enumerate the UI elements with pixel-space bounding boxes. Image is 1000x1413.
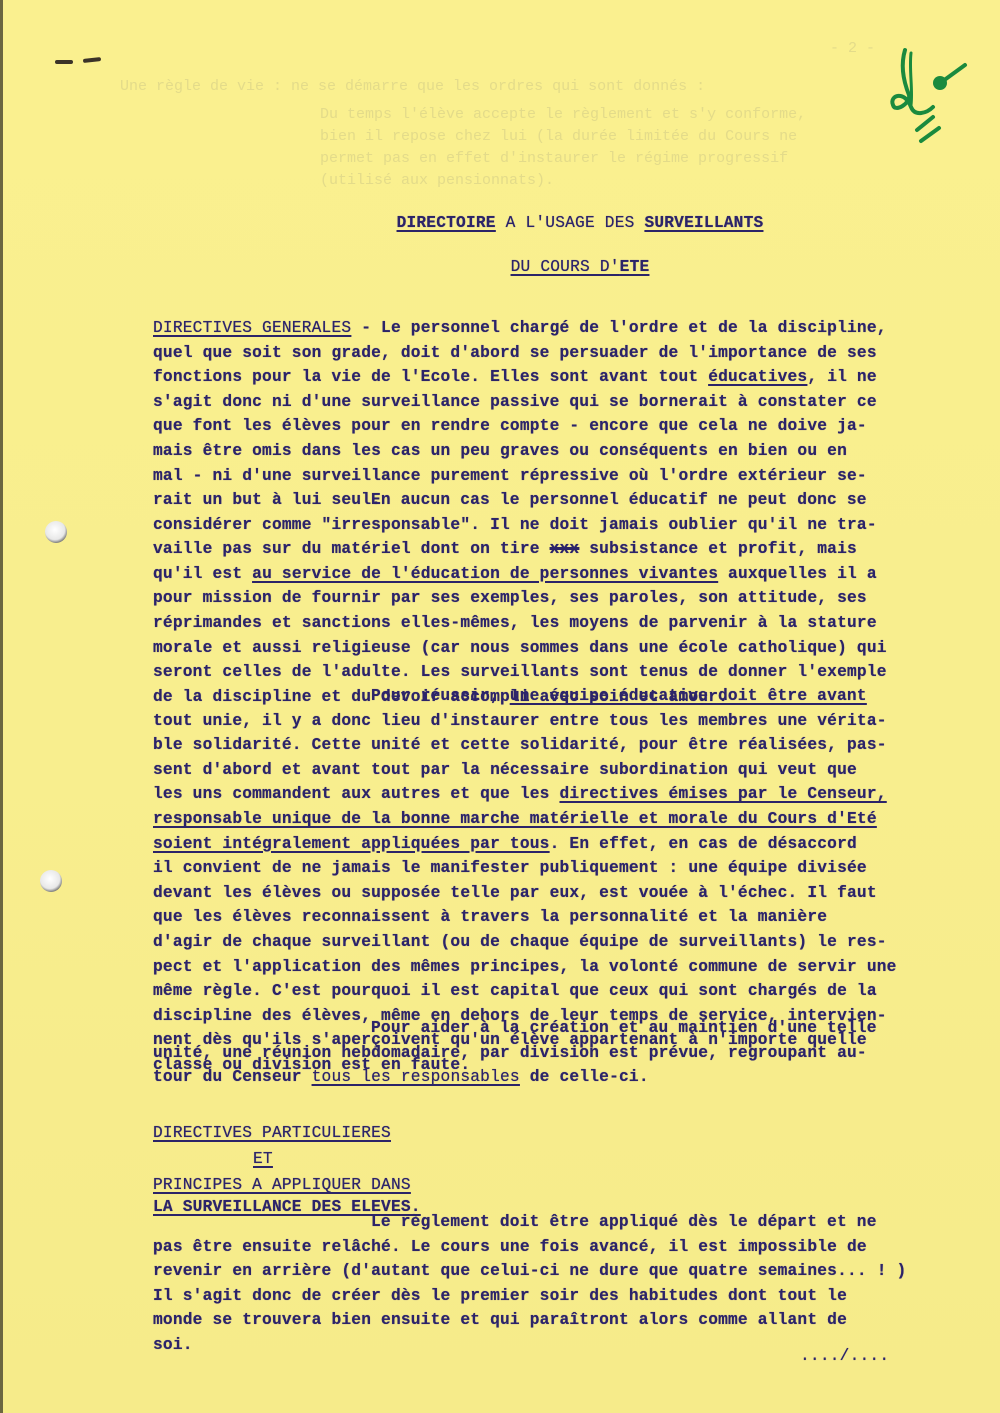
paragraph-weekly-meeting: Pour aider à la création et au maintien … — [153, 1016, 968, 1090]
section-heading: DIRECTIVES GENERALES — [153, 319, 351, 337]
bleed-line: Du temps l'élève accepte le règlement et… — [320, 106, 806, 123]
heading-line: ET — [153, 1148, 421, 1170]
text-line: même règle. C'est pourquoi il est capita… — [153, 979, 968, 1004]
text-line: En aucun cas le personnel éducatif ne pe… — [371, 491, 867, 509]
text-line: seront celles de l'adulte. Les surveilla… — [153, 660, 968, 685]
emphasis: soient intégralement appliquées par tous — [153, 835, 550, 853]
section-heading-particular: DIRECTIVES PARTICULIERES ET PRINCIPES A … — [153, 1122, 421, 1218]
text-line: les uns commandent aux autres et que les — [153, 785, 559, 803]
text-line: qu'il est — [153, 565, 252, 583]
subtitle-word: ETE — [620, 258, 650, 276]
heading-line: PRINCIPES A APPLIQUER DANS — [153, 1174, 421, 1196]
text-line: unité, une réunion hebdomadaire, par div… — [153, 1041, 968, 1066]
emphasis: éducatives — [708, 368, 807, 386]
punch-hole — [40, 870, 62, 892]
text-line: tout unie, il y a donc lieu d'instaurer … — [153, 709, 968, 734]
text-line: subsistance et profit, mais — [579, 540, 857, 558]
text-line: fonctions pour la vie de l'Ecole. Elles … — [153, 368, 708, 386]
document-title: DIRECTOIRE A L'USAGE DES SURVEILLANTS — [80, 214, 1000, 232]
text-line: auxquelles il a — [718, 565, 877, 583]
heading-line: DIRECTIVES PARTICULIERES — [153, 1122, 421, 1144]
text-line: réprimandes et sanctions elles-mêmes, le… — [153, 611, 968, 636]
title-word: SURVEILLANTS — [644, 214, 763, 232]
document-page: - 2 - Une règle de vie : ne se démarre q… — [0, 0, 1000, 1413]
subtitle-word: DU COURS D' — [511, 258, 620, 276]
text-line: Le règlement doit être appliqué dès le d… — [371, 1213, 877, 1231]
emphasis: au service de l'éducation de personnes v… — [252, 565, 718, 583]
emphasis-line: responsable unique de la bonne marche ma… — [153, 807, 968, 832]
paragraph-general-directives: DIRECTIVES GENERALES - Le personnel char… — [153, 316, 968, 513]
text-line: vaille pas sur du matériel dont on tire — [153, 540, 550, 558]
emphasis: une équipe éducative doit être avant — [510, 687, 867, 705]
bleed-line: bien il repose chez lui (la durée limité… — [320, 128, 797, 145]
text-line: il convient de ne jamais le manifester p… — [153, 856, 968, 881]
text-line: Il s'agit donc de créer dès le premier s… — [153, 1284, 993, 1309]
bleed-line: permet pas en effet d'instaurer le régim… — [320, 150, 788, 167]
text-line: , il ne — [807, 368, 876, 386]
page-edge — [0, 0, 3, 1413]
text-line: sent d'abord et avant tout par la nécess… — [153, 758, 968, 783]
text-line: monde se trouvera bien ensuite et qui pa… — [153, 1308, 993, 1333]
text-line: mal - ni d'une surveillance purement rép… — [153, 464, 968, 489]
handwritten-initial-icon — [875, 35, 985, 150]
bleed-line: (utilisé aux pensionnats). — [320, 172, 554, 189]
paragraph-responsibility: En aucun cas le personnel éducatif ne pe… — [153, 488, 968, 709]
text-line: - Le personnel chargé de l'ordre et de l… — [351, 319, 886, 337]
title-word: DIRECTOIRE — [397, 214, 496, 232]
emphasis: directives émises par le Censeur, — [559, 785, 886, 803]
punch-hole — [45, 521, 67, 543]
text-line: pas être ensuite relâché. Le cours une f… — [153, 1235, 993, 1260]
document-subtitle: DU COURS D'ETE — [80, 258, 1000, 276]
text-line: mais être omis dans les cas un peu grave… — [153, 439, 968, 464]
pencil-mark-icon — [55, 58, 110, 66]
title-word: A L'USAGE DES — [496, 214, 645, 232]
text-line: tour du Censeur — [153, 1068, 312, 1086]
text-line: morale et aussi religieuse (car nous som… — [153, 636, 968, 661]
text-line: quel que soit son grade, doit d'abord se… — [153, 341, 968, 366]
text-line: pour mission de fournir par ses exemples… — [153, 586, 968, 611]
text-line: pect et l'application des mêmes principe… — [153, 955, 968, 980]
continuation-marker: ..../.... — [800, 1347, 889, 1365]
text-line: considérer comme "irresponsable". Il ne … — [153, 513, 968, 538]
text-line: de celle-ci. — [520, 1068, 649, 1086]
emphasis: tous les responsables — [312, 1068, 520, 1086]
text-line: Pour réussir, — [371, 687, 510, 705]
text-line: que font les élèves pour en rendre compt… — [153, 414, 968, 439]
text-line: devant les élèves ou supposée telle par … — [153, 881, 968, 906]
text-line: d'agir de chaque surveillant (ou de chaq… — [153, 930, 968, 955]
text-line: revenir en arrière (d'autant que celui-c… — [153, 1259, 993, 1284]
bleed-page-number: - 2 - — [830, 40, 875, 57]
text-line: ble solidarité. Cette unité et cette sol… — [153, 733, 968, 758]
text-line: s'agit donc ni d'une surveillance passiv… — [153, 390, 968, 415]
paragraph-rules-application: Le règlement doit être appliqué dès le d… — [153, 1210, 993, 1358]
text-line: . En effet, en cas de désaccord — [550, 835, 857, 853]
text-line: que les élèves reconnaissent à travers l… — [153, 905, 968, 930]
struck-text: xxx — [550, 540, 580, 558]
text-line: Pour aider à la création et au maintien … — [371, 1019, 877, 1037]
bleed-line: Une règle de vie : ne se démarre que les… — [120, 78, 705, 95]
